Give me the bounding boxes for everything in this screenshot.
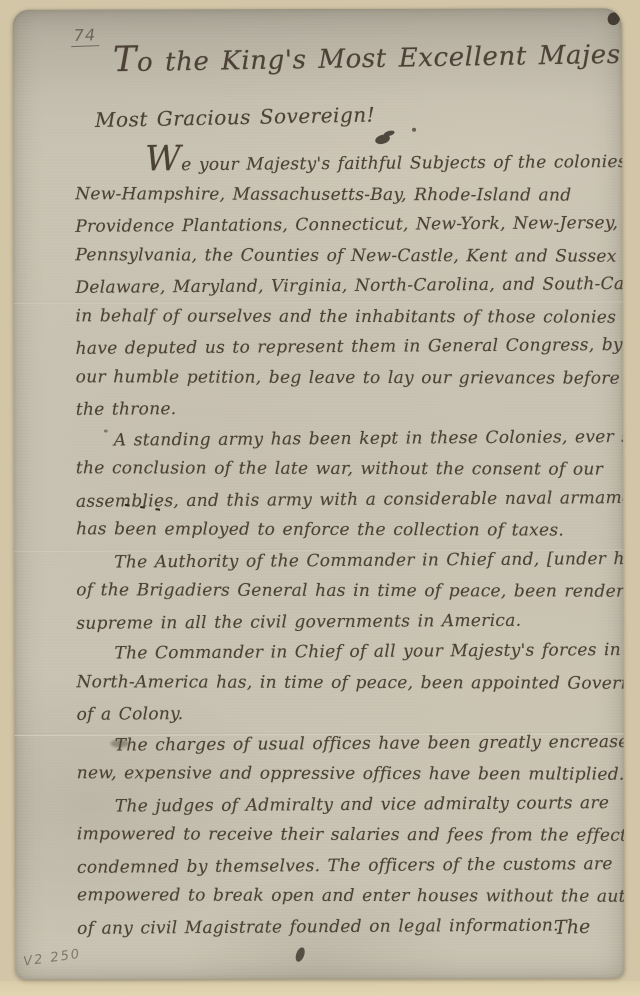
- manuscript-line: empowered to break open and enter houses…: [77, 880, 622, 912]
- document-title: To the King's Most Excellent Majesty.: [113, 30, 625, 80]
- paragraph-offices-multiplied: The charges of usual offices have been g…: [77, 728, 622, 790]
- manuscript-line: condemned by themselves. The officers of…: [77, 849, 622, 883]
- folio-number-annotation: 74: [70, 25, 99, 47]
- manuscript-line: Pennsylvania, the Counties of New-Castle…: [75, 240, 620, 272]
- mat-bottom-band: [0, 981, 640, 996]
- manuscript-line: of any civil Magistrate founded on legal…: [77, 910, 622, 944]
- paragraph-commander-governor: The Commander in Chief of all your Majes…: [76, 636, 621, 729]
- manuscript-line: The Commander in Chief of all your Majes…: [76, 635, 621, 669]
- ink-blot: [605, 10, 622, 27]
- manuscript-line: North-America has, in time of peace, bee…: [76, 667, 621, 699]
- manuscript-line: the conclusion of the late war, without …: [76, 453, 621, 485]
- paragraph-standing-army: A standing army has been kept in these C…: [76, 423, 621, 546]
- paragraph-grievance-preamble: We your Majesty's faithful Subjects of t…: [75, 148, 621, 424]
- ink-blot: [374, 133, 391, 146]
- archival-notation: V2 250: [22, 947, 82, 970]
- manuscript-line: The judges of Admiralty and vice admiral…: [77, 788, 622, 822]
- manuscript-line: the throne.: [76, 391, 621, 425]
- manuscript-line: New-Hampshire, Massachusetts-Bay, Rhode-…: [75, 179, 620, 211]
- manuscript-page: 74 To the King's Most Excellent Majesty.…: [13, 8, 625, 980]
- manuscript-line: A standing army has been kept in these C…: [76, 422, 621, 456]
- paragraph-admiralty-courts: The judges of Admiralty and vice admiral…: [77, 789, 622, 943]
- paragraph-commander-authority: The Authority of the Commander in Chief …: [76, 545, 621, 638]
- manuscript-line: Delaware, Maryland, Virginia, North-Caro…: [75, 269, 620, 303]
- manuscript-line: The charges of usual offices have been g…: [77, 727, 622, 761]
- manuscript-line: in behalf of ourselves and the inhabitan…: [75, 301, 620, 333]
- manuscript-line: impowered to receive their salaries and …: [77, 819, 622, 851]
- manuscript-line: We your Majesty's faithful Subjects of t…: [75, 147, 620, 181]
- catchword: The: [554, 916, 591, 939]
- manuscript-line: Providence Plantations, Connecticut, New…: [75, 208, 620, 242]
- manuscript-line: of the Brigadiers General has in time of…: [76, 575, 621, 607]
- ink-blot: [294, 946, 307, 963]
- manuscript-line: supreme in all the civil governments in …: [76, 605, 621, 639]
- ink-blot: [412, 128, 416, 132]
- manuscript-body: We your Majesty's faithful Subjects of t…: [75, 148, 622, 942]
- manuscript-line: have deputed us to represent them in Gen…: [76, 330, 621, 364]
- ink-smudge: [111, 739, 129, 747]
- manuscript-line: new, expensive and oppressive offices ha…: [77, 758, 622, 790]
- manuscript-line: of a Colony.: [76, 696, 621, 730]
- manuscript-line: The Authority of the Commander in Chief …: [76, 544, 621, 578]
- manuscript-line: our humble petition, beg leave to lay ou…: [76, 362, 621, 394]
- manuscript-photo: { "document": { "folio_number": "74", "a…: [0, 0, 640, 996]
- manuscript-line: has been employed to enforce the collect…: [76, 514, 621, 546]
- salutation: Most Gracious Sovereign!: [95, 102, 376, 132]
